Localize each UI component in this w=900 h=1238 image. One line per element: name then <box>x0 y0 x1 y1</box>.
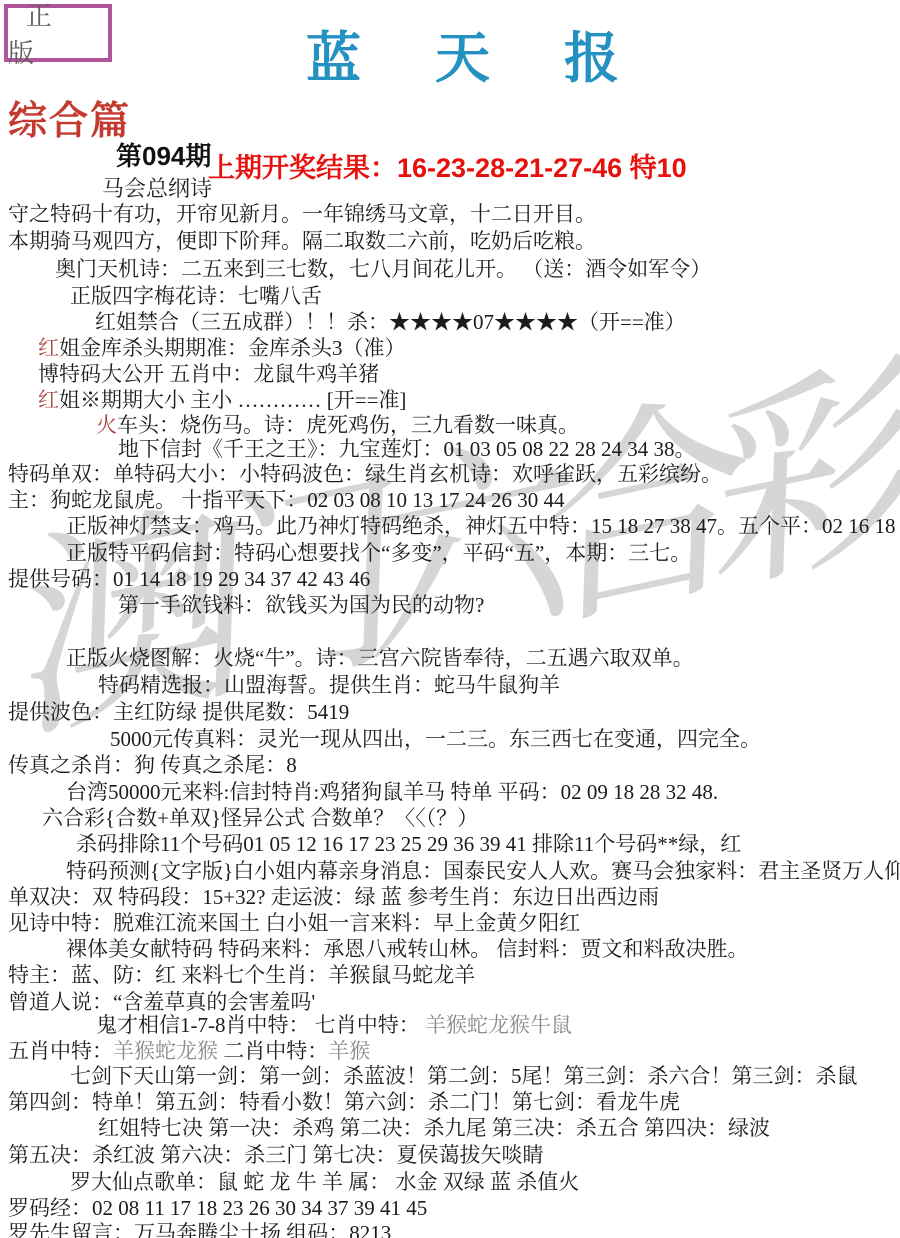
text-segment: 姐※期期大小 主小 ………… [开==准] <box>59 388 406 412</box>
text-line: 5000元传真料：灵光一现从四出，一二三。东三西七在变通，四完全。 <box>110 727 761 751</box>
text-line: 红姐※期期大小 主小 ………… [开==准] <box>38 388 406 412</box>
text-segment: 特码预测{文字版}白小姐内幕亲身消息：国泰民安人人欢。赛马会独家料：君主圣贤万人… <box>66 859 900 883</box>
text-segment: 主：狗蛇龙鼠虎。 十指平天下：02 03 08 10 13 17 24 26 3… <box>8 488 565 512</box>
text-line: 正版神灯禁支：鸡马。此乃神灯特码绝杀，神灯五中特：15 18 27 38 47。… <box>66 514 900 538</box>
text-line: 特码单双：单特码大小：小特码波色：绿生肖玄机诗：欢呼雀跃，五彩缤纷。 <box>8 462 722 486</box>
text-line: 台湾50000元来料:信封特肖:鸡猪狗鼠羊马 特单 平码：02 09 18 28… <box>66 780 718 804</box>
text-segment: 地下信封《千王之王》：九宝莲灯：01 03 05 08 22 28 24 34 … <box>118 437 696 461</box>
text-segment: 守之特码十有功，开帘见新月。一年锦绣马文章，十二日开目。 <box>8 202 596 226</box>
text-line: 特码预测{文字版}白小姐内幕亲身消息：国泰民安人人欢。赛马会独家料：君主圣贤万人… <box>66 859 900 883</box>
text-line: 红姐特七决 第一决：杀鸡 第二决：杀九尾 第三决：杀五合 第四决：绿波 <box>98 1116 770 1140</box>
text-line: 裸体美女献特码 特码来料：承恩八戒转山林。 信封料：贾文和料敌决胜。 <box>66 937 749 961</box>
text-segment: 红 <box>38 336 59 360</box>
text-line: 见诗中特：脱难江流来国土 白小姐一言来料：早上金黄夕阳红 <box>8 911 580 935</box>
text-line: 第五决：杀红波 第六决：杀三门 第七决：夏侯蔼拔矢啖睛 <box>8 1143 544 1167</box>
text-line: 第四剑：特单！第五剑：特看小数！第六剑：杀二门！第七剑：看龙牛虎 <box>8 1090 680 1114</box>
text-segment: 正版四字梅花诗：七嘴八舌 <box>70 284 322 308</box>
text-line: 单双决：双 特码段：15+32? 走运波：绿 蓝 参考生肖：东边日出西边雨 <box>8 885 659 909</box>
text-segment: 红 <box>38 388 59 412</box>
body-lines: 守之特码十有功，开帘见新月。一年锦绣马文章，十二日开目。本期骑马观四方，便即下阶… <box>0 0 900 1238</box>
text-segment: 见诗中特：脱难江流来国土 白小姐一言来料：早上金黄夕阳红 <box>8 911 580 935</box>
text-line: 本期骑马观四方，便即下阶拜。隔二取数二六前，吃奶后吃粮。 <box>8 229 596 253</box>
text-segment: 羊猴蛇龙猴牛鼠 <box>425 1013 572 1037</box>
text-line: 罗大仙点歌单：鼠 蛇 龙 牛 羊 属： 水金 双绿 蓝 杀值火 <box>70 1170 579 1194</box>
text-segment: 罗先生留言：万马奔腾尘土扬 组码：8213 <box>8 1221 391 1238</box>
text-segment: 曾道人说：“含羞草真的会害羞吗' <box>8 990 315 1014</box>
text-segment: 正版火烧图解：火烧“牛”。诗：三宫六院皆奉待，二五遇六取双单。 <box>66 646 694 670</box>
text-line: 奥门天机诗：二五来到三七数，七八月间花儿开。 （送：酒令如军令） <box>55 257 711 281</box>
text-segment: 正版神灯禁支：鸡马。此乃神灯特码绝杀，神灯五中特：15 18 27 38 47。… <box>66 514 900 538</box>
text-segment: 裸体美女献特码 特码来料：承恩八戒转山林。 信封料：贾文和料敌决胜。 <box>66 937 749 961</box>
text-segment: 红姐禁合（三五成群）！！杀：★★★★07★★★★（开==准） <box>95 310 686 334</box>
text-segment: 第五决：杀红波 第六决：杀三门 第七决：夏侯蔼拔矢啖睛 <box>8 1143 544 1167</box>
text-segment: 二肖中特： <box>218 1039 328 1063</box>
text-line: 守之特码十有功，开帘见新月。一年锦绣马文章，十二日开目。 <box>8 202 596 226</box>
text-segment: 六合彩{合数+单双}怪异公式 合数单？〈〈（？） <box>42 806 478 830</box>
text-segment: 杀码排除11个号码01 05 12 16 17 23 25 29 36 39 4… <box>76 832 741 856</box>
text-line: 杀码排除11个号码01 05 12 16 17 23 25 29 36 39 4… <box>76 832 741 856</box>
text-segment: 提供号码：01 14 18 19 29 34 37 42 43 46 <box>8 567 370 591</box>
text-segment: 本期骑马观四方，便即下阶拜。隔二取数二六前，吃奶后吃粮。 <box>8 229 596 253</box>
text-segment: 火 <box>96 413 117 437</box>
text-line: 提供波色：主红防绿 提供尾数：5419 <box>8 700 349 724</box>
text-segment: 第四剑：特单！第五剑：特看小数！第六剑：杀二门！第七剑：看龙牛虎 <box>8 1090 680 1114</box>
text-line: 红姐金库杀头期期准：金库杀头3（准） <box>38 336 406 360</box>
text-line: 提供号码：01 14 18 19 29 34 37 42 43 46 <box>8 567 370 591</box>
text-segment: 特主：蓝、防：红 来料七个生肖：羊猴鼠马蛇龙羊 <box>8 963 475 987</box>
text-line: 火车头：烧伤马。诗：虎死鸡伤，三九看数一味真。 <box>96 413 579 437</box>
text-segment: 博特码大公开 五肖中：龙鼠牛鸡羊猪 <box>38 362 379 386</box>
text-segment: 台湾50000元来料:信封特肖:鸡猪狗鼠羊马 特单 平码：02 09 18 28… <box>66 780 718 804</box>
text-segment: 七剑下天山第一剑：第一剑：杀蓝波！第二剑：5尾！第三剑：杀六合！第三剑：杀鼠 <box>70 1064 858 1088</box>
text-segment: 第一手欲钱料：欲钱买为国为民的动物? <box>118 593 484 617</box>
text-line: 罗先生留言：万马奔腾尘土扬 组码：8213 <box>8 1221 391 1238</box>
text-line: 红姐禁合（三五成群）！！杀：★★★★07★★★★（开==准） <box>95 310 686 334</box>
text-segment: 羊猴 <box>328 1039 370 1063</box>
text-line: 七剑下天山第一剑：第一剑：杀蓝波！第二剑：5尾！第三剑：杀六合！第三剑：杀鼠 <box>70 1064 858 1088</box>
text-segment: 特码单双：单特码大小：小特码波色：绿生肖玄机诗：欢呼雀跃，五彩缤纷。 <box>8 462 722 486</box>
text-line: 六合彩{合数+单双}怪异公式 合数单？〈〈（？） <box>42 806 478 830</box>
text-segment: 奥门天机诗：二五来到三七数，七八月间花儿开。 （送：酒令如军令） <box>55 257 711 281</box>
text-segment: 5000元传真料：灵光一现从四出，一二三。东三西七在变通，四完全。 <box>110 727 761 751</box>
text-line: 地下信封《千王之王》：九宝莲灯：01 03 05 08 22 28 24 34 … <box>118 437 696 461</box>
text-segment: 五肖中特： <box>8 1039 113 1063</box>
text-segment: 传真之杀肖：狗 传真之杀尾：8 <box>8 753 297 777</box>
text-line: 特码精选报：山盟海誓。提供生肖：蛇马牛鼠狗羊 <box>98 673 560 697</box>
text-segment: 姐金库杀头期期准：金库杀头3（准） <box>59 336 406 360</box>
text-segment: 特码精选报：山盟海誓。提供生肖：蛇马牛鼠狗羊 <box>98 673 560 697</box>
text-segment: 羊猴蛇龙猴 <box>113 1039 218 1063</box>
text-line: 正版特平码信封：特码心想要找个“多变”，平码“五”，本期：三七。 <box>66 541 691 565</box>
text-segment: 提供波色：主红防绿 提供尾数：5419 <box>8 700 349 724</box>
text-segment: 红姐特七决 第一决：杀鸡 第二决：杀九尾 第三决：杀五合 第四决：绿波 <box>98 1116 770 1140</box>
text-line: 正版火烧图解：火烧“牛”。诗：三宫六院皆奉待，二五遇六取双单。 <box>66 646 694 670</box>
text-line: 正版四字梅花诗：七嘴八舌 <box>70 284 322 308</box>
text-segment: 正版特平码信封：特码心想要找个“多变”，平码“五”，本期：三七。 <box>66 541 691 565</box>
lottery-tip-sheet: 澳门六合彩 正 版 蓝天报 综合篇 第094期 上期开奖结果：16-23-28-… <box>0 0 900 1238</box>
text-segment: 车头：烧伤马。诗：虎死鸡伤，三九看数一味真。 <box>117 413 579 437</box>
text-segment: 罗码经：02 08 11 17 18 23 26 30 34 37 39 41 … <box>8 1196 427 1220</box>
text-segment: 鬼才相信1-7-8肖中特： 七肖中特： <box>96 1013 425 1037</box>
text-line: 特主：蓝、防：红 来料七个生肖：羊猴鼠马蛇龙羊 <box>8 963 475 987</box>
text-line: 曾道人说：“含羞草真的会害羞吗' <box>8 990 315 1014</box>
text-line: 鬼才相信1-7-8肖中特： 七肖中特： 羊猴蛇龙猴牛鼠 <box>96 1013 572 1037</box>
text-line: 主：狗蛇龙鼠虎。 十指平天下：02 03 08 10 13 17 24 26 3… <box>8 488 565 512</box>
text-line: 博特码大公开 五肖中：龙鼠牛鸡羊猪 <box>38 362 379 386</box>
text-line: 传真之杀肖：狗 传真之杀尾：8 <box>8 753 297 777</box>
text-line: 罗码经：02 08 11 17 18 23 26 30 34 37 39 41 … <box>8 1196 427 1220</box>
text-line: 五肖中特：羊猴蛇龙猴 二肖中特：羊猴 <box>8 1039 370 1063</box>
text-segment: 罗大仙点歌单：鼠 蛇 龙 牛 羊 属： 水金 双绿 蓝 杀值火 <box>70 1170 579 1194</box>
text-segment: 单双决：双 特码段：15+32? 走运波：绿 蓝 参考生肖：东边日出西边雨 <box>8 885 659 909</box>
text-line: 第一手欲钱料：欲钱买为国为民的动物? <box>118 593 484 617</box>
